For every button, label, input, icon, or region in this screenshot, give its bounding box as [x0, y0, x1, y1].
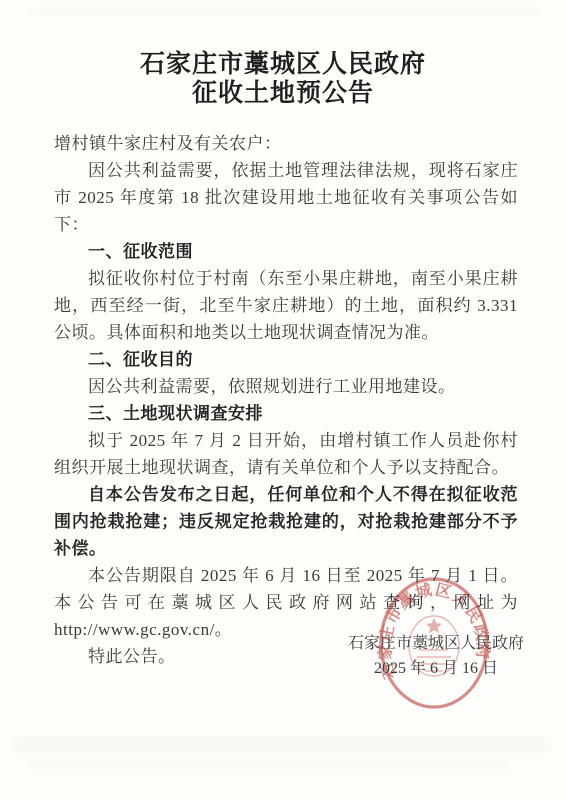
- scanned-announcement-page: 石家庄市藁城区人民政府 征收土地预公告 增村镇牛家庄村及有关农户： 因公共利益需…: [0, 0, 566, 800]
- paragraph-purpose: 因公共利益需要，依照规划进行工业用地建设。: [54, 373, 518, 400]
- paragraph-intro: 因公共利益需要，依据土地管理法律法规，现将石家庄市 2025 年度第 18 批次…: [54, 157, 518, 238]
- signature-date: 2025 年 6 月 16 日: [346, 656, 526, 681]
- document-body: 增村镇牛家庄村及有关农户： 因公共利益需要，依据土地管理法律法规，现将石家庄市 …: [0, 130, 566, 670]
- section-heading-survey: 三、土地现状调查安排: [54, 400, 518, 427]
- section-heading-scope: 一、征收范围: [54, 238, 518, 265]
- signature-issuer: 石家庄市藁城区人民政府: [346, 631, 526, 656]
- title-line-subject: 征收土地预公告: [0, 79, 566, 108]
- paragraph-survey: 拟于 2025 年 7 月 2 日开始，由增村镇工作人员赴你村组织开展土地现状调…: [54, 427, 518, 481]
- paragraph-scope: 拟征收你村位于村南（东至小果庄耕地，南至小果庄耕地，西至经一街，北至牛家庄耕地）…: [54, 265, 518, 346]
- salutation: 增村镇牛家庄村及有关农户：: [54, 130, 518, 157]
- title-line-issuer: 石家庄市藁城区人民政府: [0, 50, 566, 79]
- section-heading-purpose: 二、征收目的: [54, 346, 518, 373]
- scan-artifact-band: [14, 737, 550, 753]
- document-title: 石家庄市藁城区人民政府 征收土地预公告: [0, 0, 566, 108]
- scan-artifact-band: [30, 760, 510, 770]
- paragraph-warning: 自本公告发布之日起，任何单位和个人不得在拟征收范围内抢栽抢建；违反规定抢栽抢建的…: [54, 481, 518, 562]
- signature-block: 石家庄市藁城区人民政府 2025 年 6 月 16 日: [346, 631, 526, 681]
